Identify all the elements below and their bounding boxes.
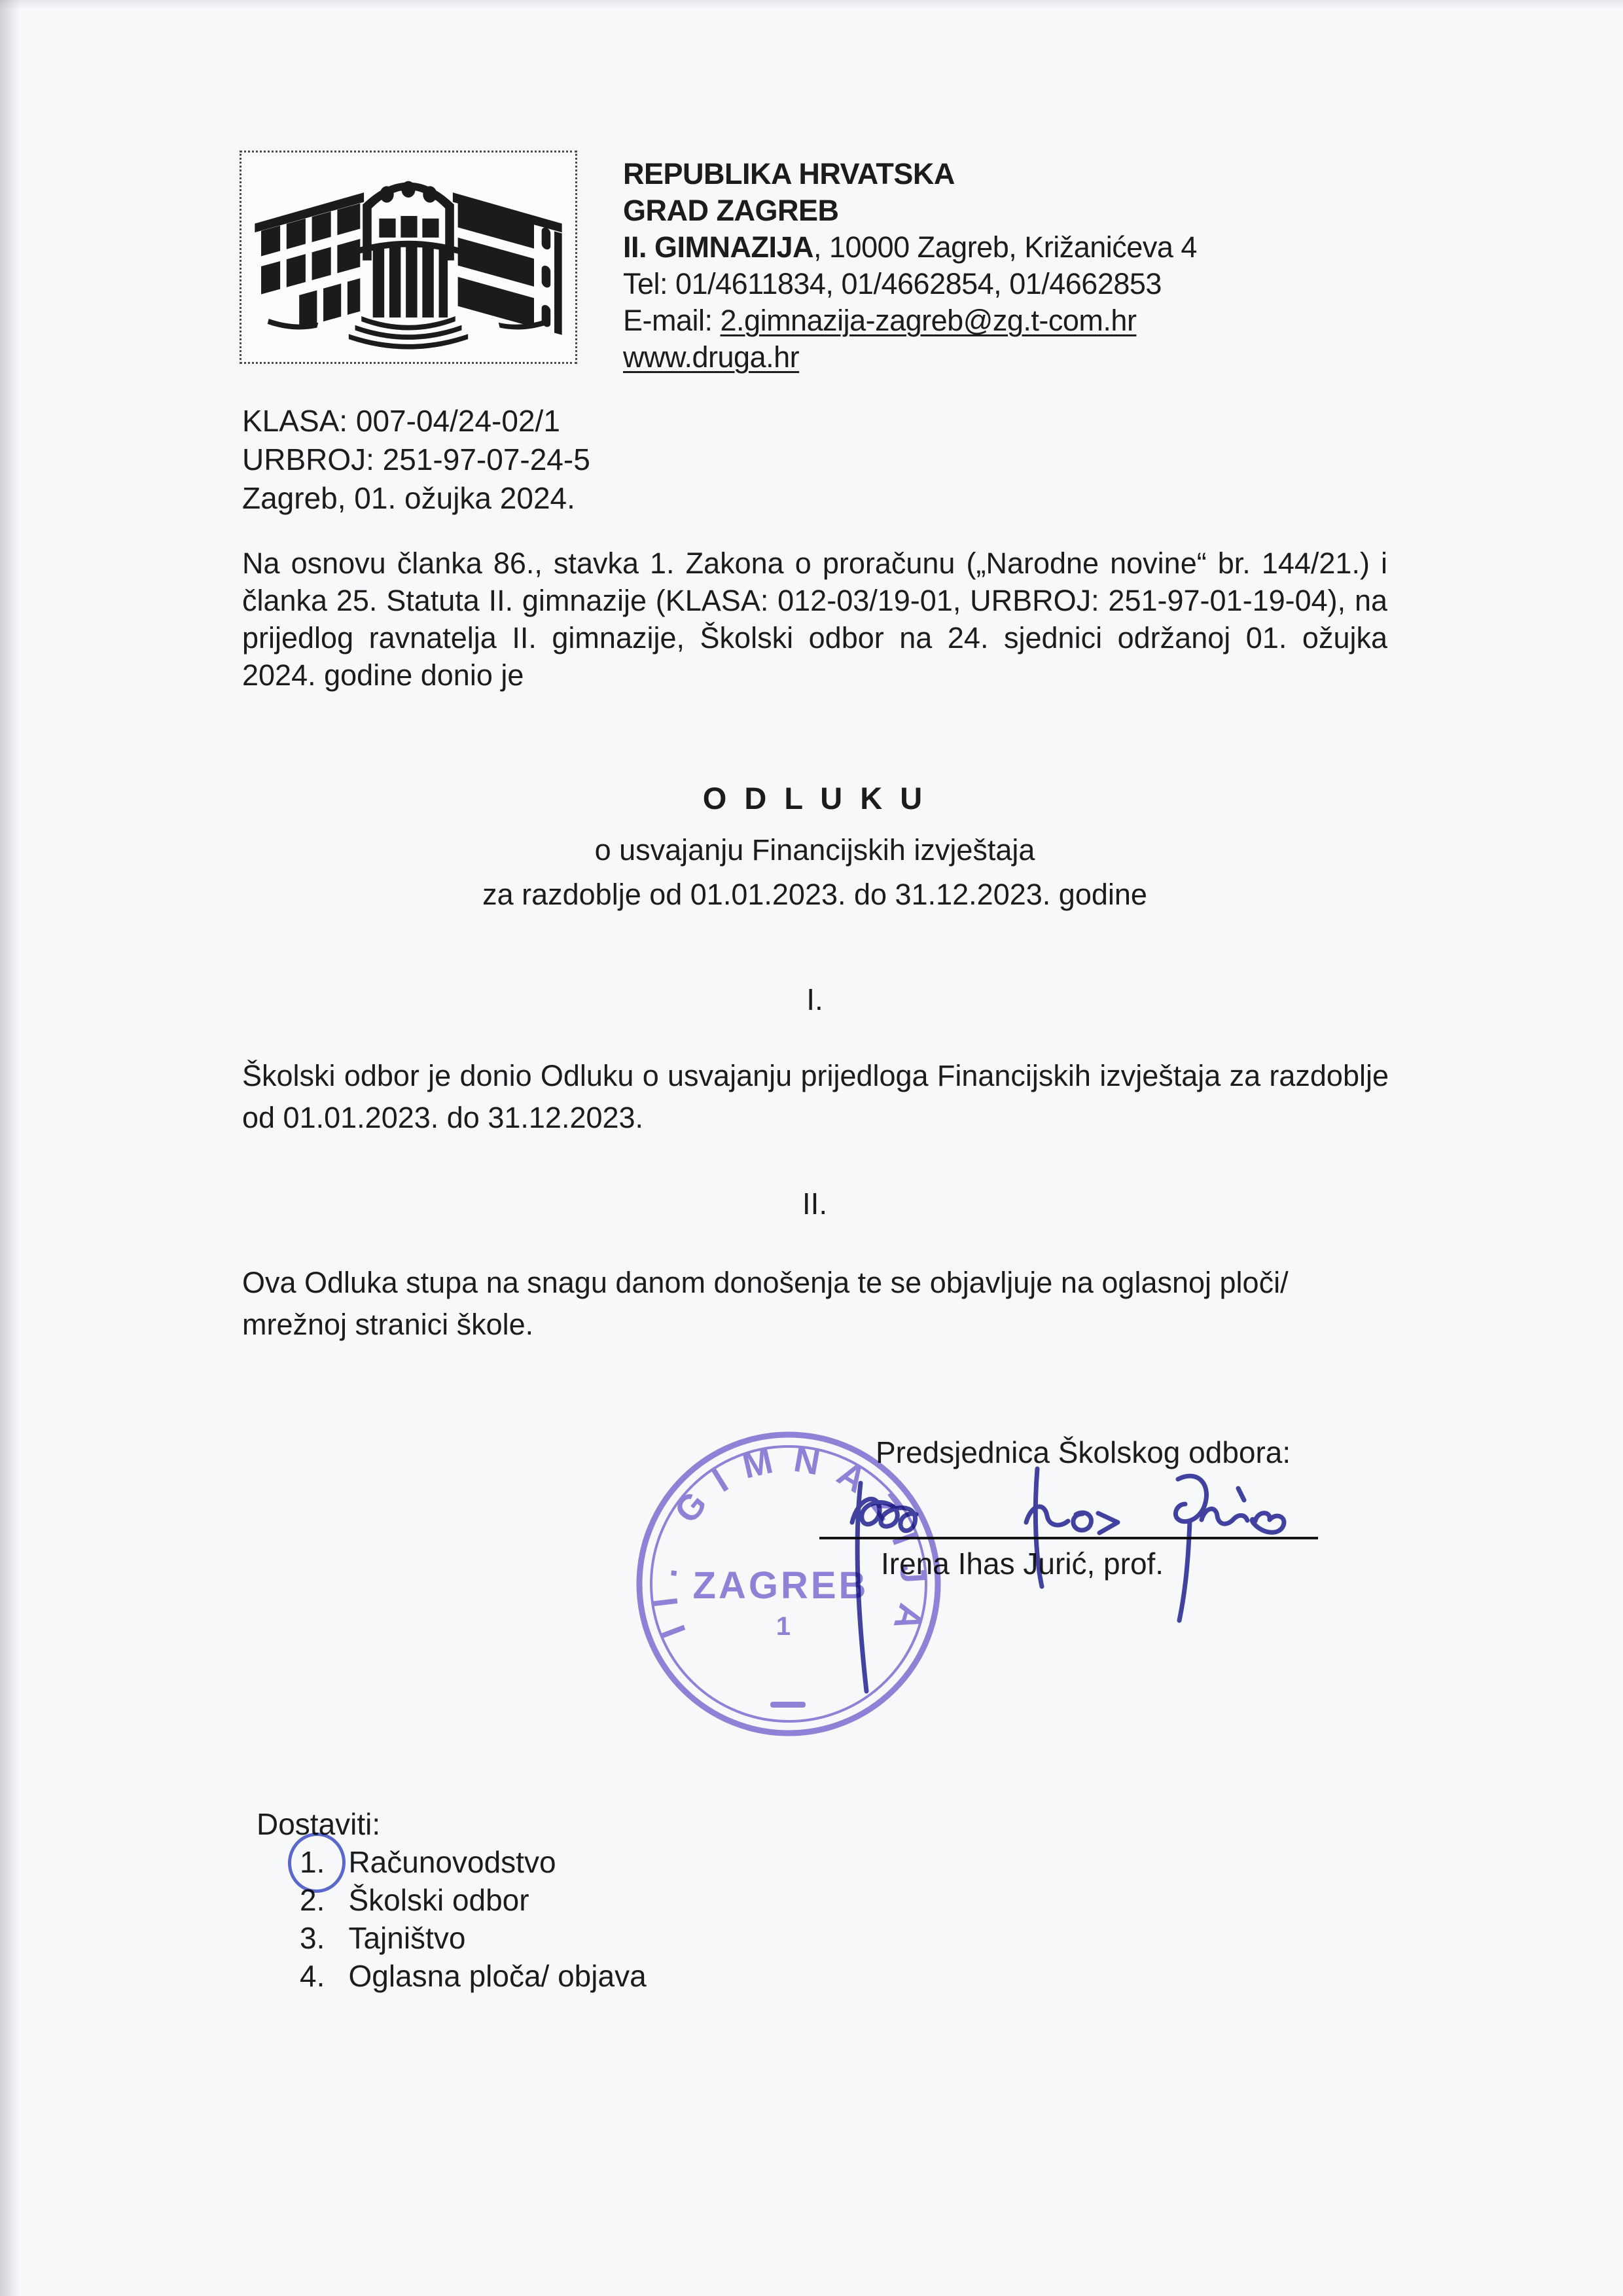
decision-subtitle-1: o usvajanju Financijskih izvještaja — [242, 833, 1387, 867]
section-1-text: Školski odbor je donio Odluku o usvajanj… — [242, 1055, 1389, 1139]
scanned-document-page: REPUBLIKA HRVATSKA GRAD ZAGREB II. GIMNA… — [0, 0, 1623, 2296]
intro-paragraph: Na osnovu članka 86., stavka 1. Zakona o… — [242, 545, 1387, 694]
reference-block: KLASA: 007-04/24-02/1 URBROJ: 251-97-07-… — [242, 402, 590, 518]
stamp-bottom-dash — [770, 1702, 806, 1708]
distribution-item-3: 3. Tajništvo — [300, 1920, 465, 1956]
item-4-text: Oglasna ploča/ objava — [348, 1959, 646, 1993]
section-2-text: Ova Odluka stupa na snagu danom donošenj… — [242, 1262, 1389, 1346]
website-link: www.druga.hr — [623, 339, 1197, 376]
item-1-text: Računovodstvo — [348, 1845, 556, 1879]
school-address: , 10000 Zagreb, Križanićeva 4 — [813, 230, 1197, 264]
letterhead: REPUBLIKA HRVATSKA GRAD ZAGREB II. GIMNA… — [623, 156, 1197, 376]
distribution-item-2: 2. Školski odbor — [300, 1882, 529, 1918]
place-and-date: Zagreb, 01. ožujka 2024. — [242, 479, 590, 518]
decision-title: O D L U K U — [242, 780, 1387, 816]
decision-title-block: O D L U K U o usvajanju Financijskih izv… — [242, 780, 1387, 922]
school-building-illustration — [241, 152, 575, 362]
item-3-text: Tajništvo — [348, 1921, 465, 1955]
letterhead-phone: Tel: 01/4611834, 01/4662854, 01/4662853 — [623, 266, 1197, 302]
letterhead-city: GRAD ZAGREB — [623, 192, 1197, 229]
letterhead-email-line: E-mail: 2.gimnazija-zagreb@zg.t-com.hr — [623, 302, 1197, 339]
decision-subtitle-2: za razdoblje od 01.01.2023. do 31.12.202… — [242, 878, 1387, 912]
letterhead-country: REPUBLIKA HRVATSKA — [623, 156, 1197, 192]
klasa-number: KLASA: 007-04/24-02/1 — [242, 402, 590, 440]
email-label: E-mail: — [623, 304, 721, 337]
email-link: 2.gimnazija-zagreb@zg.t-com.hr — [721, 304, 1137, 337]
school-logo — [240, 151, 577, 364]
school-name: II. GIMNAZIJA — [623, 230, 813, 264]
item-3-number: 3. — [300, 1920, 346, 1956]
letterhead-school-address: II. GIMNAZIJA, 10000 Zagreb, Križanićeva… — [623, 229, 1197, 266]
section-2-numeral: II. — [242, 1186, 1387, 1221]
item-4-number: 4. — [300, 1958, 346, 1994]
stamp-number: 1 — [776, 1612, 791, 1641]
handwritten-signature — [811, 1458, 1348, 1720]
distribution-item-4: 4. Oglasna ploča/ objava — [300, 1958, 647, 1994]
item-2-text: Školski odbor — [348, 1883, 529, 1917]
urbroj-number: URBROJ: 251-97-07-24-5 — [242, 440, 590, 479]
section-1-numeral: I. — [242, 982, 1387, 1017]
